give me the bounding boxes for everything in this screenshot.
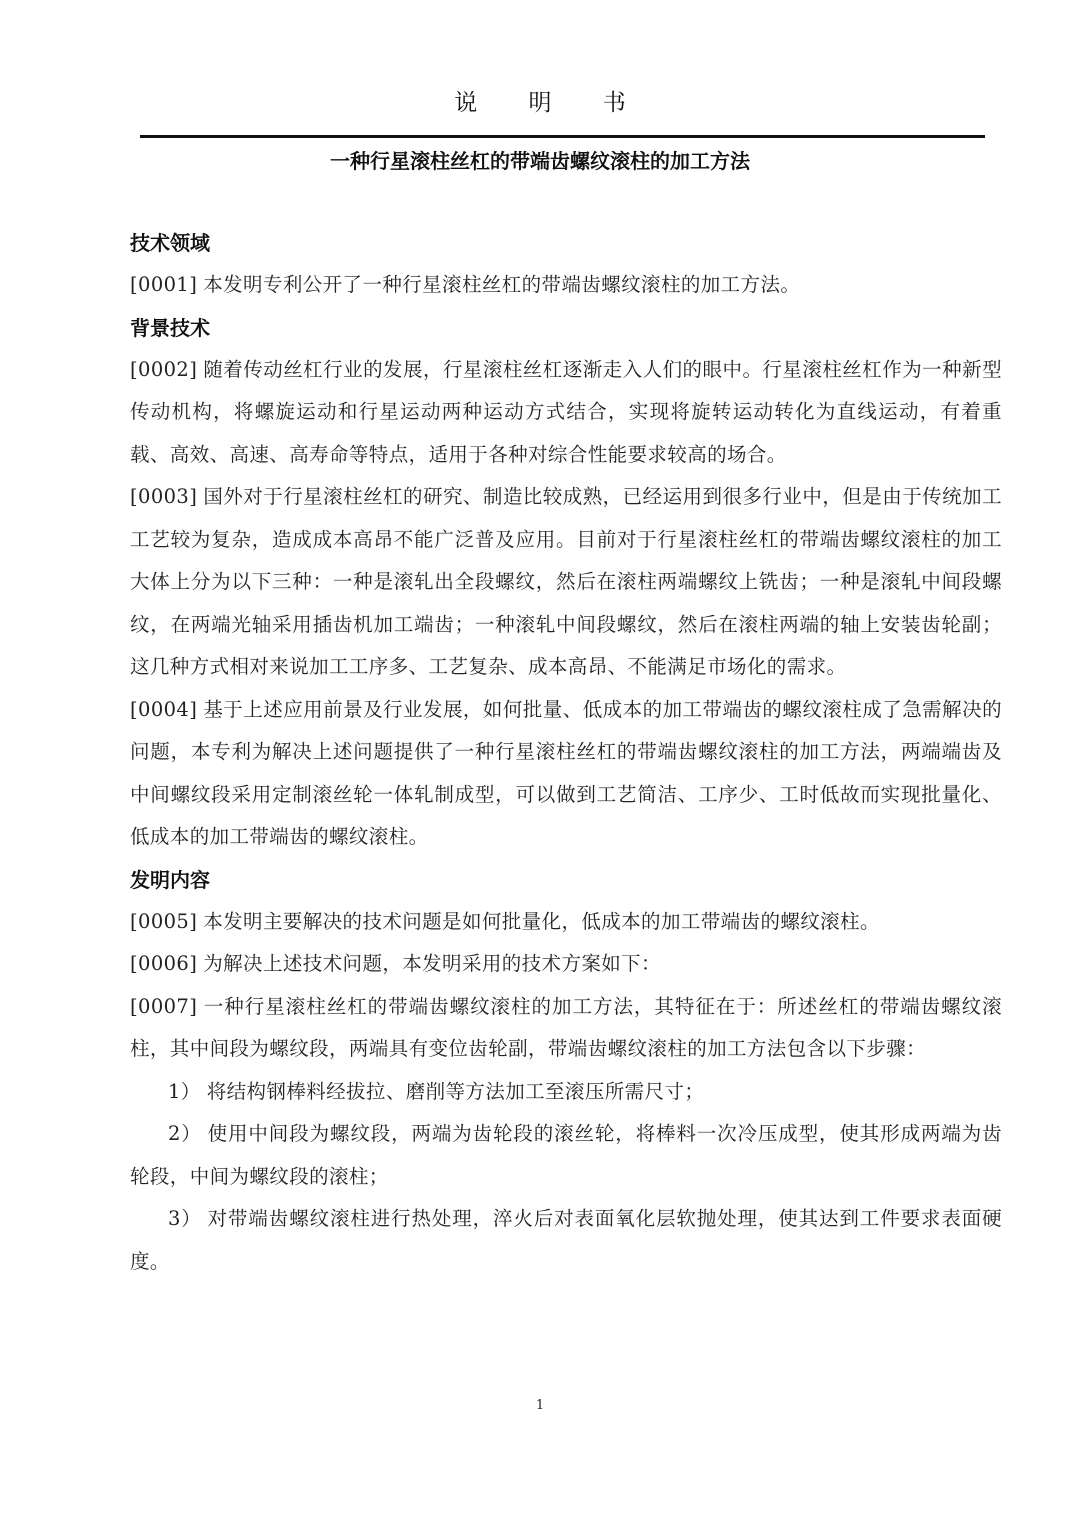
step-number: 3） xyxy=(168,1207,202,1230)
paragraph-number: [0005] xyxy=(130,910,197,933)
section-heading-summary: 发明内容 xyxy=(130,859,1002,901)
paragraph-number: [0006] xyxy=(130,952,197,975)
method-step-1: 1）将结构钢棒料经拔拉、磨削等方法加工至滚压所需尺寸； xyxy=(130,1071,1002,1114)
paragraph-number: [0002] xyxy=(130,358,197,381)
method-step-2: 2）使用中间段为螺纹段，两端为齿轮段的滚丝轮，将棒料一次冷压成型，使其形成两端为… xyxy=(130,1113,1002,1198)
paragraph-number: [0001] xyxy=(130,273,197,296)
step-number: 1） xyxy=(168,1080,201,1103)
paragraph-text: 本发明主要解决的技术问题是如何批量化，低成本的加工带端齿的螺纹滚柱。 xyxy=(203,910,880,933)
paragraph-text: 本发明专利公开了一种行星滚柱丝杠的带端齿螺纹滚柱的加工方法。 xyxy=(203,273,800,296)
paragraph-number: [0003] xyxy=(130,485,197,508)
paragraph-text: 基于上述应用前景及行业发展，如何批量、低成本的加工带端齿的螺纹滚柱成了急需解决的… xyxy=(130,698,1002,849)
step-text: 使用中间段为螺纹段，两端为齿轮段的滚丝轮，将棒料一次冷压成型，使其形成两端为齿轮… xyxy=(130,1122,1002,1188)
paragraph-text: 一种行星滚柱丝杠的带端齿螺纹滚柱的加工方法，其特征在于：所述丝杠的带端齿螺纹滚柱… xyxy=(130,995,1002,1061)
paragraph-number: [0007] xyxy=(130,995,197,1018)
paragraph-number: [0004] xyxy=(130,698,197,721)
method-step-3: 3）对带端齿螺纹滚柱进行热处理，淬火后对表面氧化层软抛处理，使其达到工件要求表面… xyxy=(130,1198,1002,1283)
step-text: 将结构钢棒料经拔拉、磨削等方法加工至滚压所需尺寸； xyxy=(207,1080,705,1103)
paragraph-0007: [0007]一种行星滚柱丝杠的带端齿螺纹滚柱的加工方法，其特征在于：所述丝杠的带… xyxy=(130,986,1002,1071)
step-number: 2） xyxy=(168,1122,202,1145)
section-heading-technical-field: 技术领域 xyxy=(130,222,1002,264)
paragraph-text: 国外对于行星滚柱丝杠的研究、制造比较成熟，已经运用到很多行业中，但是由于传统加工… xyxy=(130,485,1002,678)
paragraph-0005: [0005]本发明主要解决的技术问题是如何批量化，低成本的加工带端齿的螺纹滚柱。 xyxy=(130,901,1002,944)
paragraph-0004: [0004]基于上述应用前景及行业发展，如何批量、低成本的加工带端齿的螺纹滚柱成… xyxy=(130,689,1002,859)
title-rule xyxy=(140,135,985,138)
paragraph-0002: [0002]随着传动丝杠行业的发展，行星滚柱丝杠逐渐走入人们的眼中。行星滚柱丝杠… xyxy=(130,349,1002,477)
document-body: 技术领域 [0001]本发明专利公开了一种行星滚柱丝杠的带端齿螺纹滚柱的加工方法… xyxy=(130,222,1002,1283)
paragraph-0001: [0001]本发明专利公开了一种行星滚柱丝杠的带端齿螺纹滚柱的加工方法。 xyxy=(130,264,1002,307)
paragraph-0006: [0006]为解决上述技术问题，本发明采用的技术方案如下： xyxy=(130,943,1002,986)
invention-title: 一种行星滚柱丝杠的带端齿螺纹滚柱的加工方法 xyxy=(0,145,1080,174)
paragraph-text: 为解决上述技术问题，本发明采用的技术方案如下： xyxy=(203,952,661,975)
step-text: 对带端齿螺纹滚柱进行热处理，淬火后对表面氧化层软抛处理，使其达到工件要求表面硬度… xyxy=(130,1207,1002,1273)
section-heading-background: 背景技术 xyxy=(130,307,1002,349)
paragraph-0003: [0003]国外对于行星滚柱丝杠的研究、制造比较成熟，已经运用到很多行业中，但是… xyxy=(130,476,1002,689)
paragraph-text: 随着传动丝杠行业的发展，行星滚柱丝杠逐渐走入人们的眼中。行星滚柱丝杠作为一种新型… xyxy=(130,358,1002,466)
page-number: 1 xyxy=(0,1398,1080,1413)
document-title: 说 明 书 xyxy=(0,84,1080,117)
